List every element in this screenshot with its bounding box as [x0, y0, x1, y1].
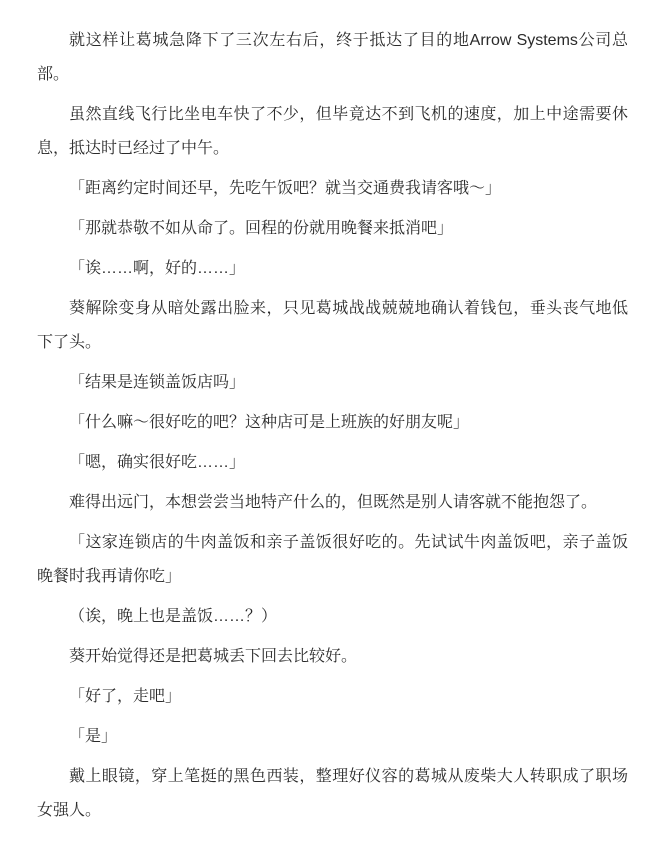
- paragraph: 「那就恭敬不如从命了。回程的份就用晚餐来抵消吧」: [37, 212, 628, 246]
- paragraph: 戴上眼镜，穿上笔挺的黑色西装，整理好仪容的葛城从废柴大人转职成了职场女强人。: [37, 760, 628, 828]
- paragraph: （诶，晚上也是盖饭……？）: [37, 600, 628, 634]
- paragraph: 葵开始觉得还是把葛城丢下回去比较好。: [37, 640, 628, 674]
- paragraph: 「诶……啊，好的……」: [37, 252, 628, 286]
- paragraph: 难得出远门，本想尝尝当地特产什么的，但既然是别人请客就不能抱怨了。: [37, 486, 628, 520]
- paragraph: 葵解除变身从暗处露出脸来，只见葛城战战兢兢地确认着钱包，垂头丧气地低下了头。: [37, 292, 628, 360]
- paragraph: 虽然直线飞行比坐电车快了不少，但毕竟达不到飞机的速度，加上中途需要休息，抵达时已…: [37, 98, 628, 166]
- reader-page: 就这样让葛城急降下了三次左右后，终于抵达了目的地Arrow Systems公司总…: [0, 0, 650, 850]
- paragraph: 就这样让葛城急降下了三次左右后，终于抵达了目的地Arrow Systems公司总…: [37, 24, 628, 92]
- paragraph: 「结果是连锁盖饭店吗」: [37, 366, 628, 400]
- paragraph: 「嗯，确实很好吃……」: [37, 446, 628, 480]
- paragraph: 「是」: [37, 720, 628, 754]
- paragraph: 「什么嘛～很好吃的吧？这种店可是上班族的好朋友呢」: [37, 406, 628, 440]
- paragraph: 「距离约定时间还早，先吃午饭吧？就当交通费我请客哦～」: [37, 172, 628, 206]
- paragraph: 「这家连锁店的牛肉盖饭和亲子盖饭很好吃的。先试试牛肉盖饭吧，亲子盖饭晚餐时我再请…: [37, 526, 628, 594]
- text-body: 就这样让葛城急降下了三次左右后，终于抵达了目的地Arrow Systems公司总…: [37, 24, 628, 828]
- paragraph: 「好了，走吧」: [37, 680, 628, 714]
